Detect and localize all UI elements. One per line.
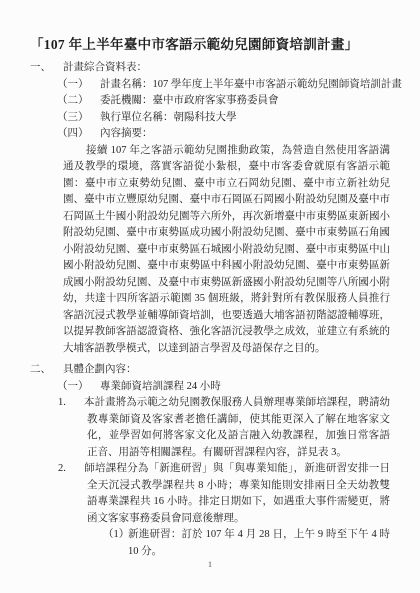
document-title: 「107 年上半年臺中市客語示範幼兒園師資培訓計畫」 <box>30 35 390 55</box>
section-1-item-4: （四） 內容摘要： <box>30 126 390 143</box>
section-1-item-1: （一） 計畫名稱：107 學年度上半年臺中市客語示範幼兒園師資培訓計畫 <box>30 77 390 94</box>
item-3-label: （三） <box>57 110 100 127</box>
numbered-item-1: 1.本計畫將為示範之幼兒園教保服務人員辦理專業師培課程，聘請幼教專業師資及客家耆… <box>30 395 390 461</box>
item-2-text: 委託機關：臺中市政府客家事務委員會 <box>100 93 390 110</box>
subheading-label: （一） <box>57 379 100 396</box>
sub-numbered-item-1-label: （1） <box>103 527 128 544</box>
section-1-item-2: （二） 委託機關：臺中市政府客家事務委員會 <box>30 93 390 110</box>
numbered-item-2-label: 2. <box>58 461 84 478</box>
section-1-heading: 一、 計畫綜合資料表： <box>30 60 390 77</box>
subheading-text: 專業師資培訓課程 24 小時 <box>100 379 390 396</box>
numbered-item-1-label: 1. <box>58 395 84 412</box>
section-2-subheading: （一） 專業師資培訓課程 24 小時 <box>30 379 390 396</box>
section-1-item-3: （三） 執行單位名稱：朝陽科技大學 <box>30 110 390 127</box>
item-1-text: 計畫名稱：107 學年度上半年臺中市客語示範幼兒園師資培訓計畫 <box>100 77 402 94</box>
section-2-title: 具體企劃內容： <box>63 362 137 379</box>
numbered-item-1-text: 本計畫將為示範之幼兒園教保服務人員辦理專業師培課程，聘請幼教專業師資及客家耆老擔… <box>84 397 390 458</box>
content-summary-paragraph: 接續 107 年之客語示範幼兒園推動政策，為營造自然使用客語溝通及教學的環境，落… <box>63 143 390 358</box>
item-4-label: （四） <box>57 126 100 143</box>
sub-numbered-item-1-text: 新進研習：訂於 107 年 4 月 28 日，上午 9 時至下午 4 時 10 … <box>128 529 390 557</box>
numbered-item-2-text: 師培課程分為「新進研習」與「與專業知能」，新進研習安排一日全天沉浸式教學課程共 … <box>84 463 390 524</box>
section-2-heading: 二、 具體企劃內容： <box>30 362 390 379</box>
item-2-label: （二） <box>57 93 100 110</box>
numbered-item-2: 2.師培課程分為「新進研習」與「與專業知能」，新進研習安排一日全天沉浸式教學課程… <box>30 461 390 527</box>
section-1-number: 一、 <box>30 60 63 77</box>
sub-numbered-item-1: （1）新進研習：訂於 107 年 4 月 28 日，上午 9 時至下午 4 時 … <box>30 527 390 560</box>
item-4-text: 內容摘要： <box>100 126 390 143</box>
page-number: 1 <box>0 559 420 569</box>
document-content: 「107 年上半年臺中市客語示範幼兒園師資培訓計畫」 一、 計畫綜合資料表： （… <box>30 35 390 560</box>
item-1-label: （一） <box>57 77 100 94</box>
document-page: 「107 年上半年臺中市客語示範幼兒園師資培訓計畫」 一、 計畫綜合資料表： （… <box>0 0 420 593</box>
section-1-title: 計畫綜合資料表： <box>63 60 147 77</box>
section-2-number: 二、 <box>30 362 63 379</box>
item-3-text: 執行單位名稱：朝陽科技大學 <box>100 110 390 127</box>
